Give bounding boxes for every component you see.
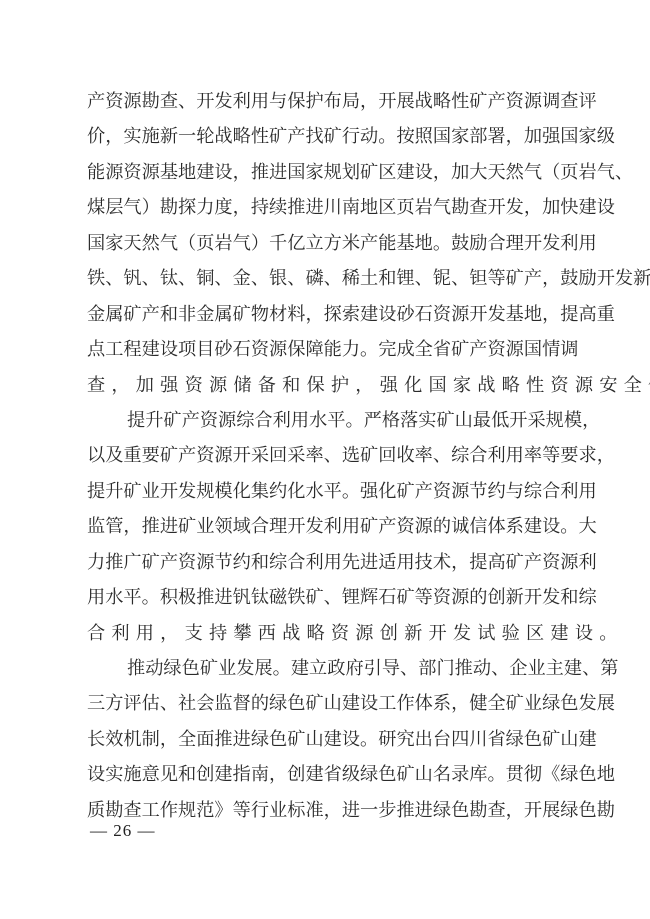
text-line: 长效机制，全面推进绿色矿山建设。研究出台四川省绿色矿山建 — [87, 722, 567, 757]
text-line: 金属矿产和非金属矿物材料，探索建设砂石资源开发基地，提高重 — [87, 297, 567, 332]
paragraph-first-line: 推动绿色矿业发展。建立政府引导、部门推动、企业主建、第 — [87, 651, 567, 686]
text-line: 国家天然气（页岩气）千亿立方米产能基地。鼓励合理开发利用 — [87, 226, 567, 261]
document-page: 产资源勘查、开发利用与保护布局，开展战略性矿产资源调查评 价，实施新一轮战略性矿… — [0, 0, 650, 919]
text-line: 价，实施新一轮战略性矿产找矿行动。按照国家部署，加强国家级 — [87, 119, 567, 154]
text-line: 提升矿业开发规模化集约化水平。强化矿产资源节约与综合利用 — [87, 474, 567, 509]
text-line: 设实施意见和创建指南，创建省级绿色矿山名录库。贯彻《绿色地 — [87, 757, 567, 792]
text-line: 产资源勘查、开发利用与保护布局，开展战略性矿产资源调查评 — [87, 84, 567, 119]
text-line: 煤层气）勘探力度，持续推进川南地区页岩气勘查开发，加快建设 — [87, 190, 567, 225]
text-line: 监管，推进矿业领域合理开发利用矿产资源的诚信体系建设。大 — [87, 509, 567, 544]
body-text: 产资源勘查、开发利用与保护布局，开展战略性矿产资源调查评 价，实施新一轮战略性矿… — [87, 84, 567, 828]
text-line-paragraph-end: 查，加强资源储备和保护，强化国家战略性资源安全保障。 — [87, 368, 567, 403]
text-line: 以及重要矿产资源开采回采率、选矿回收率、综合利用率等要求， — [87, 438, 567, 473]
text-line: 三方评估、社会监督的绿色矿山建设工作体系，健全矿业绿色发展 — [87, 686, 567, 721]
text-line: 铁、钒、钛、铜、金、银、磷、稀土和锂、铌、钽等矿产，鼓励开发新型非 — [87, 261, 567, 296]
text-line: 力推广矿产资源节约和综合利用先进适用技术，提高矿产资源利 — [87, 545, 567, 580]
text-line: 用水平。积极推进钒钛磁铁矿、锂辉石矿等资源的创新开发和综 — [87, 580, 567, 615]
page-number: — 26 — — [90, 818, 156, 844]
text-line: 点工程建设项目砂石资源保障能力。完成全省矿产资源国情调 — [87, 332, 567, 367]
paragraph-first-line: 提升矿产资源综合利用水平。严格落实矿山最低开采规模， — [87, 403, 567, 438]
text-line: 质勘查工作规范》等行业标准，进一步推进绿色勘查，开展绿色勘 — [87, 793, 567, 828]
text-line-paragraph-end: 合利用，支持攀西战略资源创新开发试验区建设。 — [87, 616, 567, 651]
text-line: 能源资源基地建设，推进国家规划矿区建设，加大天然气（页岩气、 — [87, 155, 567, 190]
